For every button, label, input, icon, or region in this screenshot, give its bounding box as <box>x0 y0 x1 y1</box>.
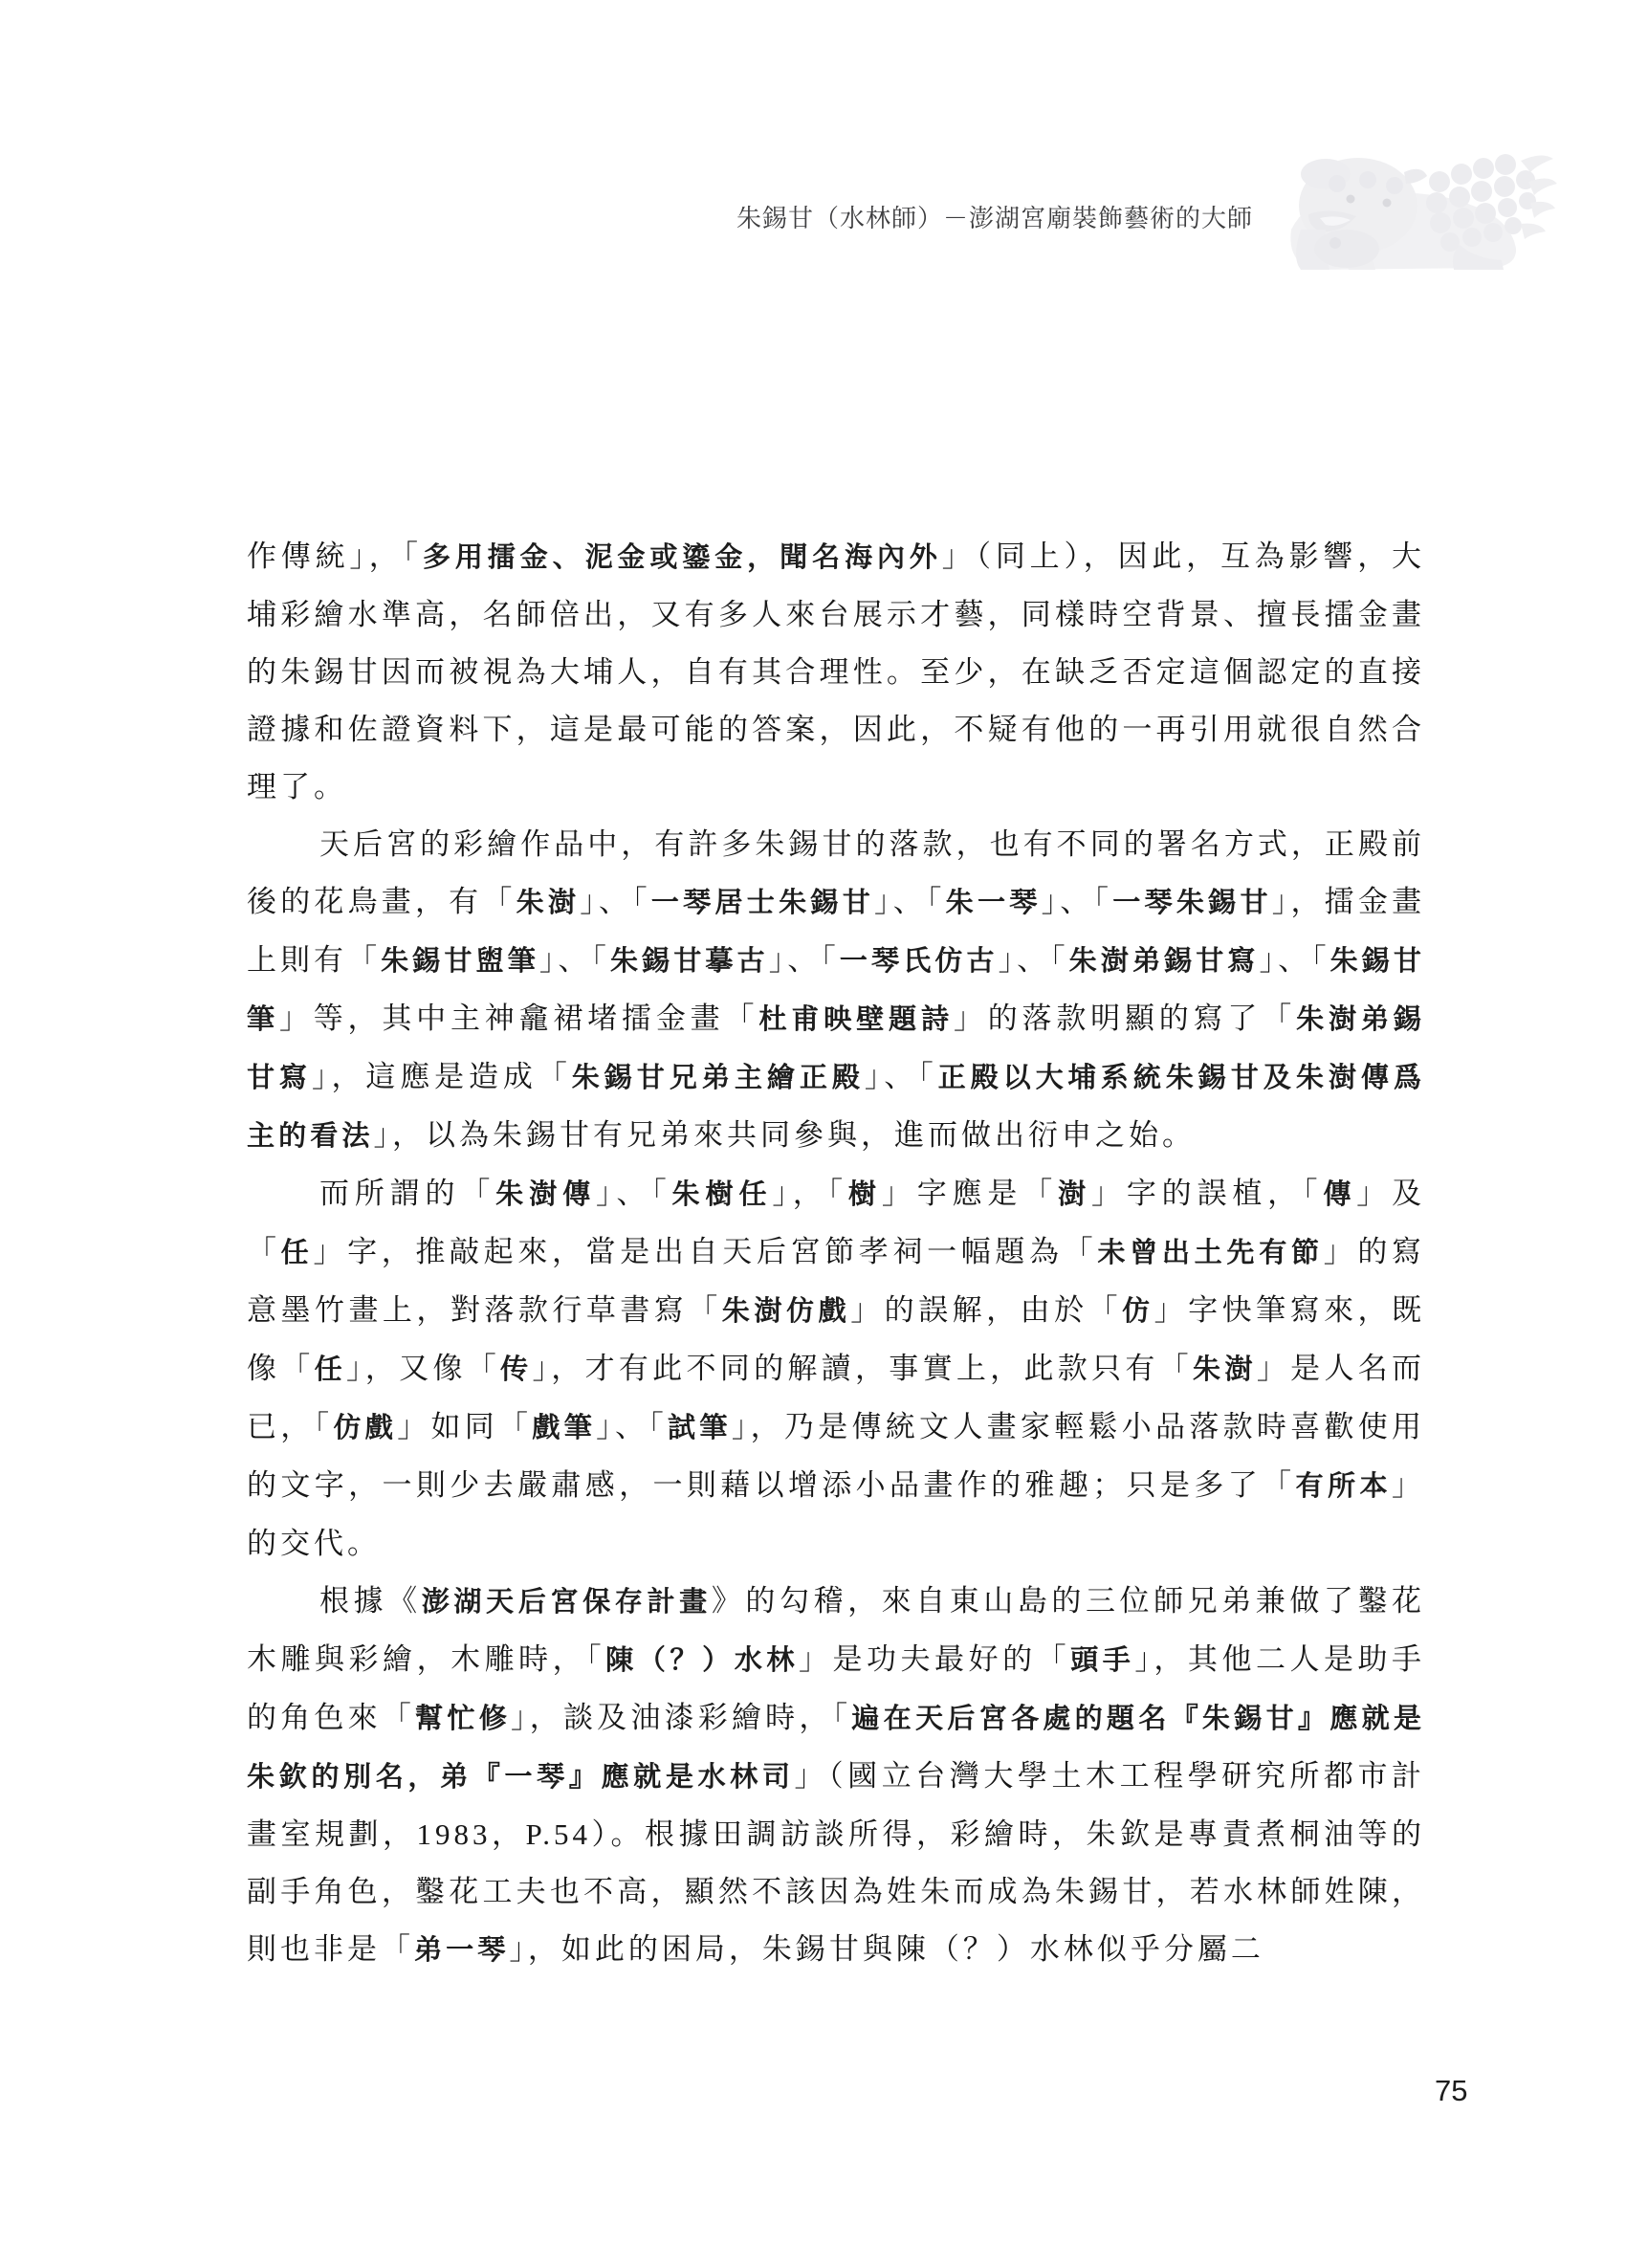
quoted-phrase: 幫忙修 <box>415 1704 511 1734</box>
quoted-phrase: 戲筆 <box>532 1413 596 1443</box>
quoted-phrase: 杜甫映壁題詩 <box>758 1004 954 1035</box>
quoted-phrase: 朱澍 <box>1193 1354 1257 1385</box>
text-run: 」是功夫最好的「 <box>799 1642 1070 1676</box>
text-run: 」，如此的困局，朱錫甘與陳（？）水林似乎分屬二 <box>509 1932 1264 1966</box>
text-run: 」，這應是造成「 <box>312 1060 572 1093</box>
text-run: 」、「 <box>874 885 946 918</box>
text-run: 」字的誤植，「 <box>1091 1177 1323 1210</box>
quoted-phrase: 朱錫甘摹古 <box>610 946 769 977</box>
quoted-phrase: 未曾出土先有節 <box>1097 1238 1323 1268</box>
text-run: 」的落款明顯的寫了「 <box>954 1002 1296 1035</box>
quoted-phrase: 朱錫甘盥筆 <box>381 946 539 977</box>
text-run: 」（同上），因此，互為影響，大埔彩繪水準高，名師倍出，又有多人來台展示才藝，同樣… <box>247 539 1425 804</box>
quoted-phrase: 有所本 <box>1296 1471 1393 1502</box>
text-run: 」，以為朱錫甘有兄弟來共同參與，進而做出衍申之始。 <box>374 1118 1197 1152</box>
book-page: 朱錫甘（水林師）－澎湖宮廟裝飾藝術的大師 <box>0 0 1626 2268</box>
body-text: 作傳統」，「多用擂金、泥金或鎏金，聞名海內外」（同上），因此，互為影響，大埔彩繪… <box>247 528 1425 1979</box>
text-run: 」的誤解，由於「 <box>850 1293 1122 1327</box>
paragraph: 根據《澎湖天后宮保存計畫》的勾稽，來自東山島的三位師兄弟兼做了鑿花木雕與彩繪，木… <box>247 1573 1425 1979</box>
quoted-phrase: 弟一琴 <box>414 1935 509 1966</box>
page-number: 75 <box>1435 2074 1467 2108</box>
text-run: 」、「 <box>596 1177 672 1210</box>
quoted-phrase: 傳 <box>1323 1179 1356 1210</box>
quoted-phrase: 传 <box>500 1354 532 1385</box>
quoted-phrase: 朱一琴 <box>946 888 1042 918</box>
quoted-phrase: 朱澍弟錫甘寫 <box>1069 946 1260 977</box>
quoted-phrase: 朱澍傳 <box>495 1179 596 1210</box>
text-run: 」字，推敲起來，當是出自天后宮節孝祠一幅題為「 <box>313 1235 1097 1268</box>
text-run: 」、「 <box>596 1410 668 1443</box>
quoted-phrase: 一琴氏仿古 <box>840 946 999 977</box>
text-run: 」、「 <box>1042 885 1113 918</box>
quoted-phrase: 朱澍 <box>516 888 581 918</box>
paragraph: 天后宮的彩繪作品中，有許多朱錫甘的落款，也有不同的署名方式，正殿前後的花鳥畫，有… <box>247 816 1425 1165</box>
quoted-phrase: 試筆 <box>668 1413 732 1443</box>
text-run: 」、「 <box>865 1060 938 1093</box>
text-run: 」，又像「 <box>346 1352 500 1385</box>
quoted-phrase: 頭手 <box>1070 1645 1134 1676</box>
text-run: 」、「 <box>539 943 610 977</box>
text-run: 」，才有此不同的解讀，事實上，此款只有「 <box>532 1352 1193 1385</box>
text-run: 」如同「 <box>397 1410 532 1443</box>
quoted-phrase: 陳（？）水林 <box>605 1645 799 1676</box>
quoted-phrase: 一琴朱錫甘 <box>1112 888 1272 918</box>
quoted-phrase: 澍 <box>1058 1179 1091 1210</box>
text-run: 根據《 <box>319 1584 422 1618</box>
text-run: 」、「 <box>580 885 651 918</box>
quoted-phrase: 任 <box>281 1238 314 1268</box>
running-head-title: 朱錫甘（水林師）－澎湖宮廟裝飾藝術的大師 <box>736 199 1253 234</box>
text-run: 而所謂的「 <box>319 1177 495 1210</box>
quoted-phrase: 一琴居士朱錫甘 <box>651 888 874 918</box>
text-run: 」、「 <box>769 943 840 977</box>
paragraph: 而所謂的「朱澍傳」、「朱樹任」，「樹」字應是「澍」字的誤植，「傳」及「任」字，推… <box>247 1165 1425 1573</box>
quoted-phrase: 朱澍仿戲 <box>722 1296 850 1327</box>
text-run: 作傳統」，「 <box>247 539 423 573</box>
text-run: 」字應是「 <box>882 1177 1058 1210</box>
quoted-phrase: 仿 <box>1122 1296 1154 1327</box>
quoted-phrase: 澎湖天后宮保存計畫 <box>422 1587 712 1618</box>
quoted-phrase: 樹 <box>848 1179 882 1210</box>
quoted-phrase: 任 <box>315 1354 346 1385</box>
text-run: 」，「 <box>772 1177 848 1210</box>
quoted-phrase: 仿戲 <box>333 1413 397 1443</box>
paragraph: 作傳統」，「多用擂金、泥金或鎏金，聞名海內外」（同上），因此，互為影響，大埔彩繪… <box>247 528 1425 816</box>
text-run: 」、「 <box>999 943 1069 977</box>
text-run: 」、「 <box>1260 943 1330 977</box>
quoted-phrase: 多用擂金、泥金或鎏金，聞名海內外 <box>423 542 942 573</box>
quoted-phrase: 朱樹任 <box>672 1179 773 1210</box>
quoted-phrase: 朱錫甘兄弟主繪正殿 <box>572 1063 865 1093</box>
text-run: 」，談及油漆彩繪時，「 <box>511 1701 851 1734</box>
text-run: 」等，其中主神龕裙堵擂金畫「 <box>279 1002 758 1035</box>
stone-lion-relief-icon <box>1234 115 1559 292</box>
